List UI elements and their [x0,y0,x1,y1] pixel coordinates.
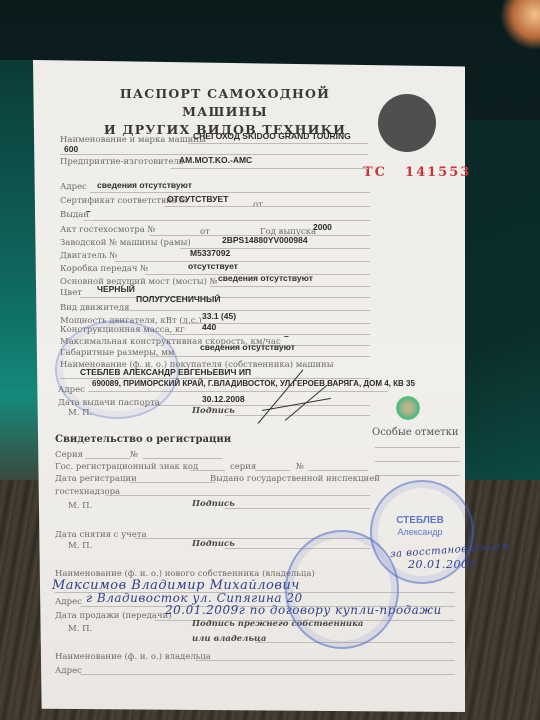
manufacturer-value: AM.MOT.KO.-AMC [179,155,252,165]
special-marks-line [375,447,460,448]
field-line [140,405,370,406]
gearbox-value: отсутствует [188,261,238,271]
background-light-glare [500,0,540,50]
field-line [130,482,215,483]
series-number: ТС141553 [363,165,471,180]
field-line [85,458,130,459]
frame-number-label: Заводской № машины (рамы) [60,238,191,248]
special-marks-heading: Особые отметки [372,427,459,438]
color-label: Цвет [60,288,82,298]
field-line [195,660,455,661]
new-owner-address-label: Адрес [55,597,82,607]
hologram-sticker-icon [396,396,420,420]
field-line [165,334,370,335]
field-line [255,470,290,471]
stamp-name: СТЕБЛЕВ [385,515,455,526]
machine-name-value: СНЕГОХОД SKIDOO GRAND TOURING [193,131,351,141]
field-line [105,495,370,496]
address-label: Адрес [60,182,87,192]
entrepreneur-stamp-2 [285,530,399,649]
stamp-first-name: Александр [385,527,455,537]
field-line [150,356,370,357]
propulsion-value: ПОЛУГУСЕНИЧНЫЙ [136,294,220,304]
plate-label: Гос. регистрационный знак код [55,462,198,472]
field-line [80,674,455,675]
issued-by-label: Выдано государственной инспекцией [210,474,380,484]
color-value: ЧЕРНЫЙ [97,284,135,294]
owner-address-label-2: Адрес [55,666,82,676]
address-value: сведения отсутствуют [97,180,192,190]
issued-label: Выдан [60,210,89,220]
frame-number-value: 2BPS14880YV000984 [222,235,308,245]
field-line [170,168,368,169]
registration-heading: Свидетельство о регистрации [55,434,231,445]
signature-line [225,508,370,509]
field-line [143,458,223,459]
field-line [165,206,370,207]
gearbox-label: Коробка передач № [60,264,148,274]
issued-value: – [86,206,91,216]
engine-value: M5337092 [190,248,230,258]
field-line [115,261,370,262]
owner-name-label: Наименование (ф. и. о.) владельца [55,652,211,662]
background-green-folder-right [465,120,540,480]
dimensions-value: сведения отсутствуют [200,342,295,352]
certificate-value: ОТСУТСТВУЕТ [167,194,228,204]
official-stamp [55,320,179,419]
inspection-label: Акт гостехосмотра № [60,225,156,235]
dereg-seal-place-label: М. П. [68,541,92,551]
field-line [188,143,368,144]
plate-number-label: № [296,462,304,472]
series-digits: 141553 [405,165,471,180]
new-owner-seal-place-label: М. П. [68,624,92,634]
power-value: 33.1 (45) [202,311,236,321]
manufacturer-label: Предприятие-изготовитель [60,157,183,167]
reg-series-label: Серия [55,450,83,460]
special-marks-line [375,461,460,462]
field-line [190,470,225,471]
machine-name-value-2: 600 [64,144,78,154]
plate-series-label: серия [230,462,256,472]
special-marks-line [375,475,460,476]
certificate-from-label: от [253,200,263,210]
reg-seal-place-label: М. П. [68,501,92,511]
field-line [90,192,370,193]
title-line-1: ПАСПОРТ САМОХОДНОЙ МАШИНЫ [85,85,365,121]
axle-label: Основной ведущий мост (мосты) № [60,277,218,287]
signature-line [225,415,370,416]
field-line [210,286,370,287]
hologram-seal-icon [378,94,436,152]
speed-value: – [284,331,289,341]
field-line [80,297,370,298]
registration-date-label: Дата регистрации [55,474,137,484]
axle-value: сведения отсутствуют [218,273,313,283]
propulsion-label: Вид движителя [60,303,130,313]
deregistration-label: Дата снятия с учета [55,530,147,540]
machine-name-label: Наименование и марка машины [60,135,206,145]
issue-date-value: 30.12.2008 [202,394,245,404]
mass-value: 440 [202,322,216,332]
engine-label: Двигатель № [60,251,117,261]
field-line [308,470,368,471]
field-line [84,220,370,221]
reg-number-label: № [130,450,138,460]
year-value: 2000 [313,222,332,232]
field-line [118,310,370,311]
